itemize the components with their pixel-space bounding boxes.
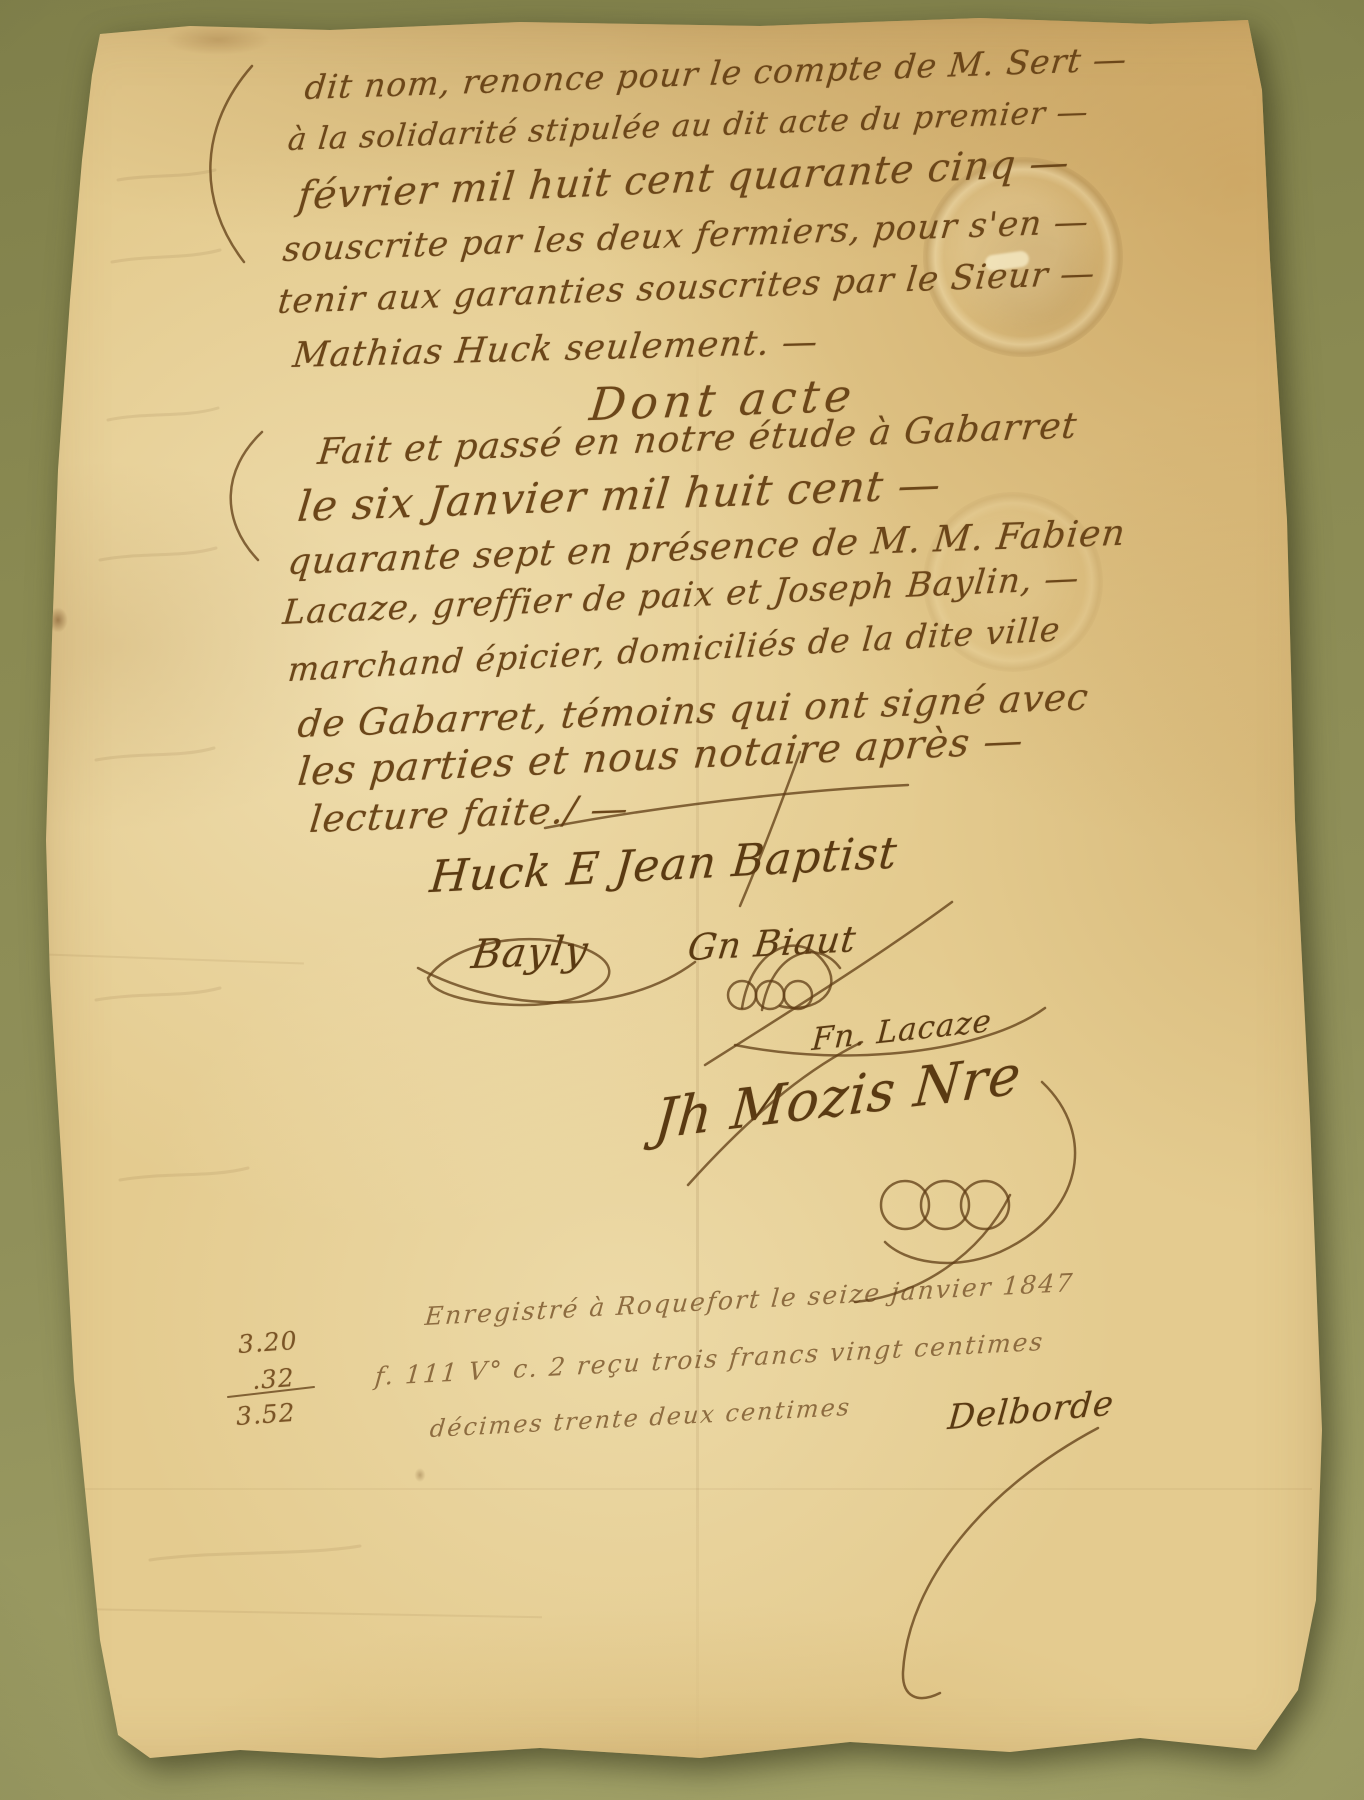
- paper-crease: [42, 1488, 1312, 1490]
- margin-decime-amount: .32: [251, 1363, 296, 1395]
- paper-crease: [44, 953, 304, 964]
- photo-of-document: { "photo": { "background_color": "#8a8a5…: [0, 0, 1364, 1800]
- paper-crease: [62, 1608, 542, 1618]
- signature-bayly: Bayly: [469, 928, 592, 978]
- margin-fee-amount: 3.20: [237, 1326, 299, 1359]
- photo-backdrop: dit nom, renonce pour le compte de M. Se…: [0, 0, 1364, 1800]
- margin-total-amount: 3.52: [235, 1398, 297, 1431]
